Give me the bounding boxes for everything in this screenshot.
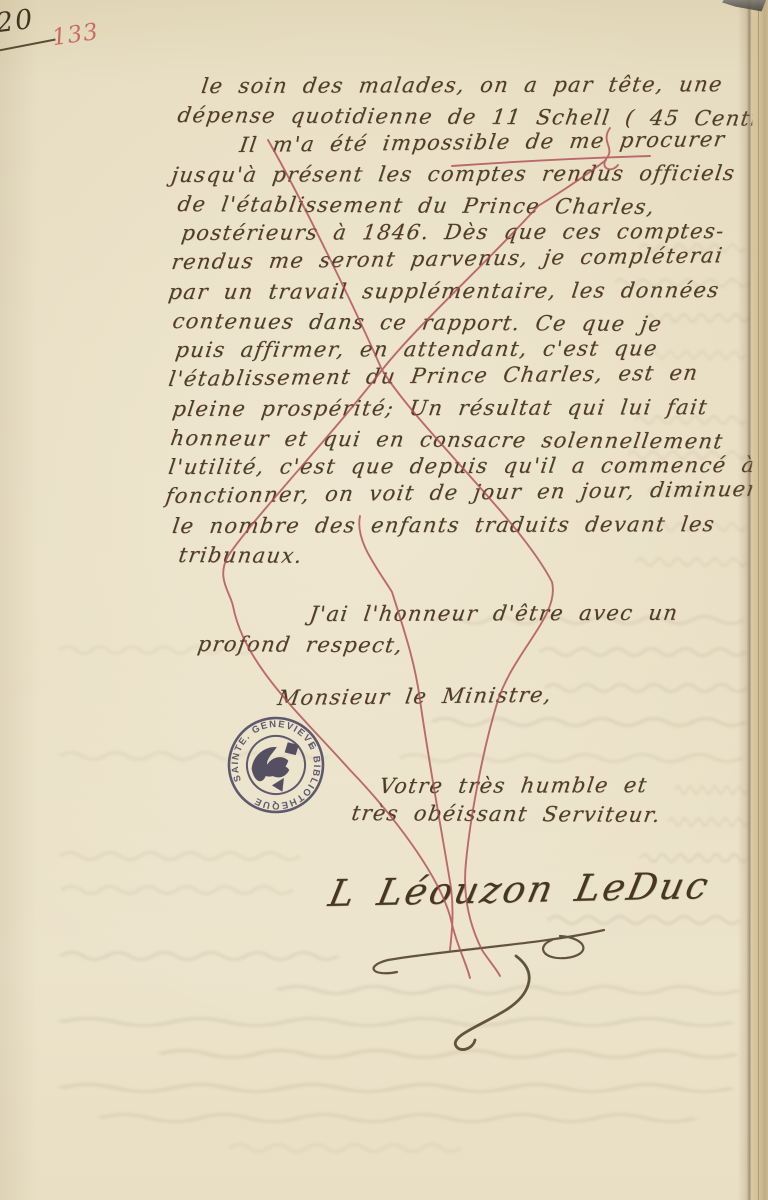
- closing-line: J'ai l'honneur d'être avec un: [308, 601, 680, 626]
- manuscript-line: puis affirmer, en attendant, c'est que: [174, 336, 660, 362]
- stamp-outer-ring: [214, 703, 338, 827]
- manuscript-line: Il m'a été impossible de me procurer: [238, 127, 727, 157]
- manuscript-line: l'utilité, c'est que depuis qu'il a comm…: [167, 453, 757, 479]
- closing-line: profond respect,: [196, 632, 405, 657]
- manuscript-page: 20 133 le soin des malades, on a par têt…: [0, 0, 768, 1200]
- manuscript-line: jusqu'à présent les comptes rendus offic…: [170, 161, 737, 187]
- closing-line: Monsieur le Ministre,: [276, 683, 554, 710]
- manuscript-line: honneur et qui en consacre solennellemen…: [169, 426, 725, 453]
- folio-number-ink: 20: [0, 4, 36, 39]
- manuscript-line: fonctionner, on voit de jour en jour, di…: [164, 477, 760, 508]
- manuscript-line: de l'établissement du Prince Charles,: [176, 192, 657, 219]
- manuscript-line: le soin des malades, on a par tête, une: [200, 72, 725, 98]
- manuscript-line: pleine prospérité; Un résultat qui lui f…: [171, 395, 710, 421]
- page-edge-line: [758, 0, 759, 1200]
- page-edge: [738, 0, 768, 1200]
- svg-text:22: 22: [306, 742, 315, 752]
- manuscript-line: le nombre des enfants traduits devant le…: [171, 512, 717, 538]
- closing-line: très obéissant Serviteur.: [350, 801, 663, 827]
- manuscript-line: tribunaux.: [177, 543, 305, 568]
- stamp-text-bottom: BIBLIOTHEQUE: [244, 752, 336, 822]
- manuscript-line: par un travail supplémentaire, les donné…: [167, 278, 721, 304]
- manuscript-line: rendus me seront parvenus, je complétera…: [170, 243, 725, 274]
- stamp-inner-ring: [238, 727, 315, 804]
- signature: L Léouzon LeDuc: [325, 864, 714, 915]
- manuscript-line: l'établissement du Prince Charles, est e…: [167, 361, 700, 391]
- svg-text:SAINTE. GENEVIEVE: SAINTE. GENEVIEVE: [215, 704, 319, 785]
- stamp-text-top: SAINTE. GENEVIEVE: [215, 704, 319, 785]
- svg-text:BIBLIOTHEQUE: BIBLIOTHEQUE: [244, 752, 336, 822]
- stamp-emblem: [246, 736, 314, 800]
- manuscript-line: contenues dans ce rapport. Ce que je: [171, 309, 664, 336]
- manuscript-line: postérieurs à 1846. Dès que ces comptes-: [180, 219, 726, 245]
- folio-number-red-pencil: 133: [50, 19, 100, 51]
- stamp-number: 22: [306, 742, 315, 752]
- closing-line: Votre très humble et: [378, 773, 649, 798]
- folio-number-underline: [0, 38, 56, 51]
